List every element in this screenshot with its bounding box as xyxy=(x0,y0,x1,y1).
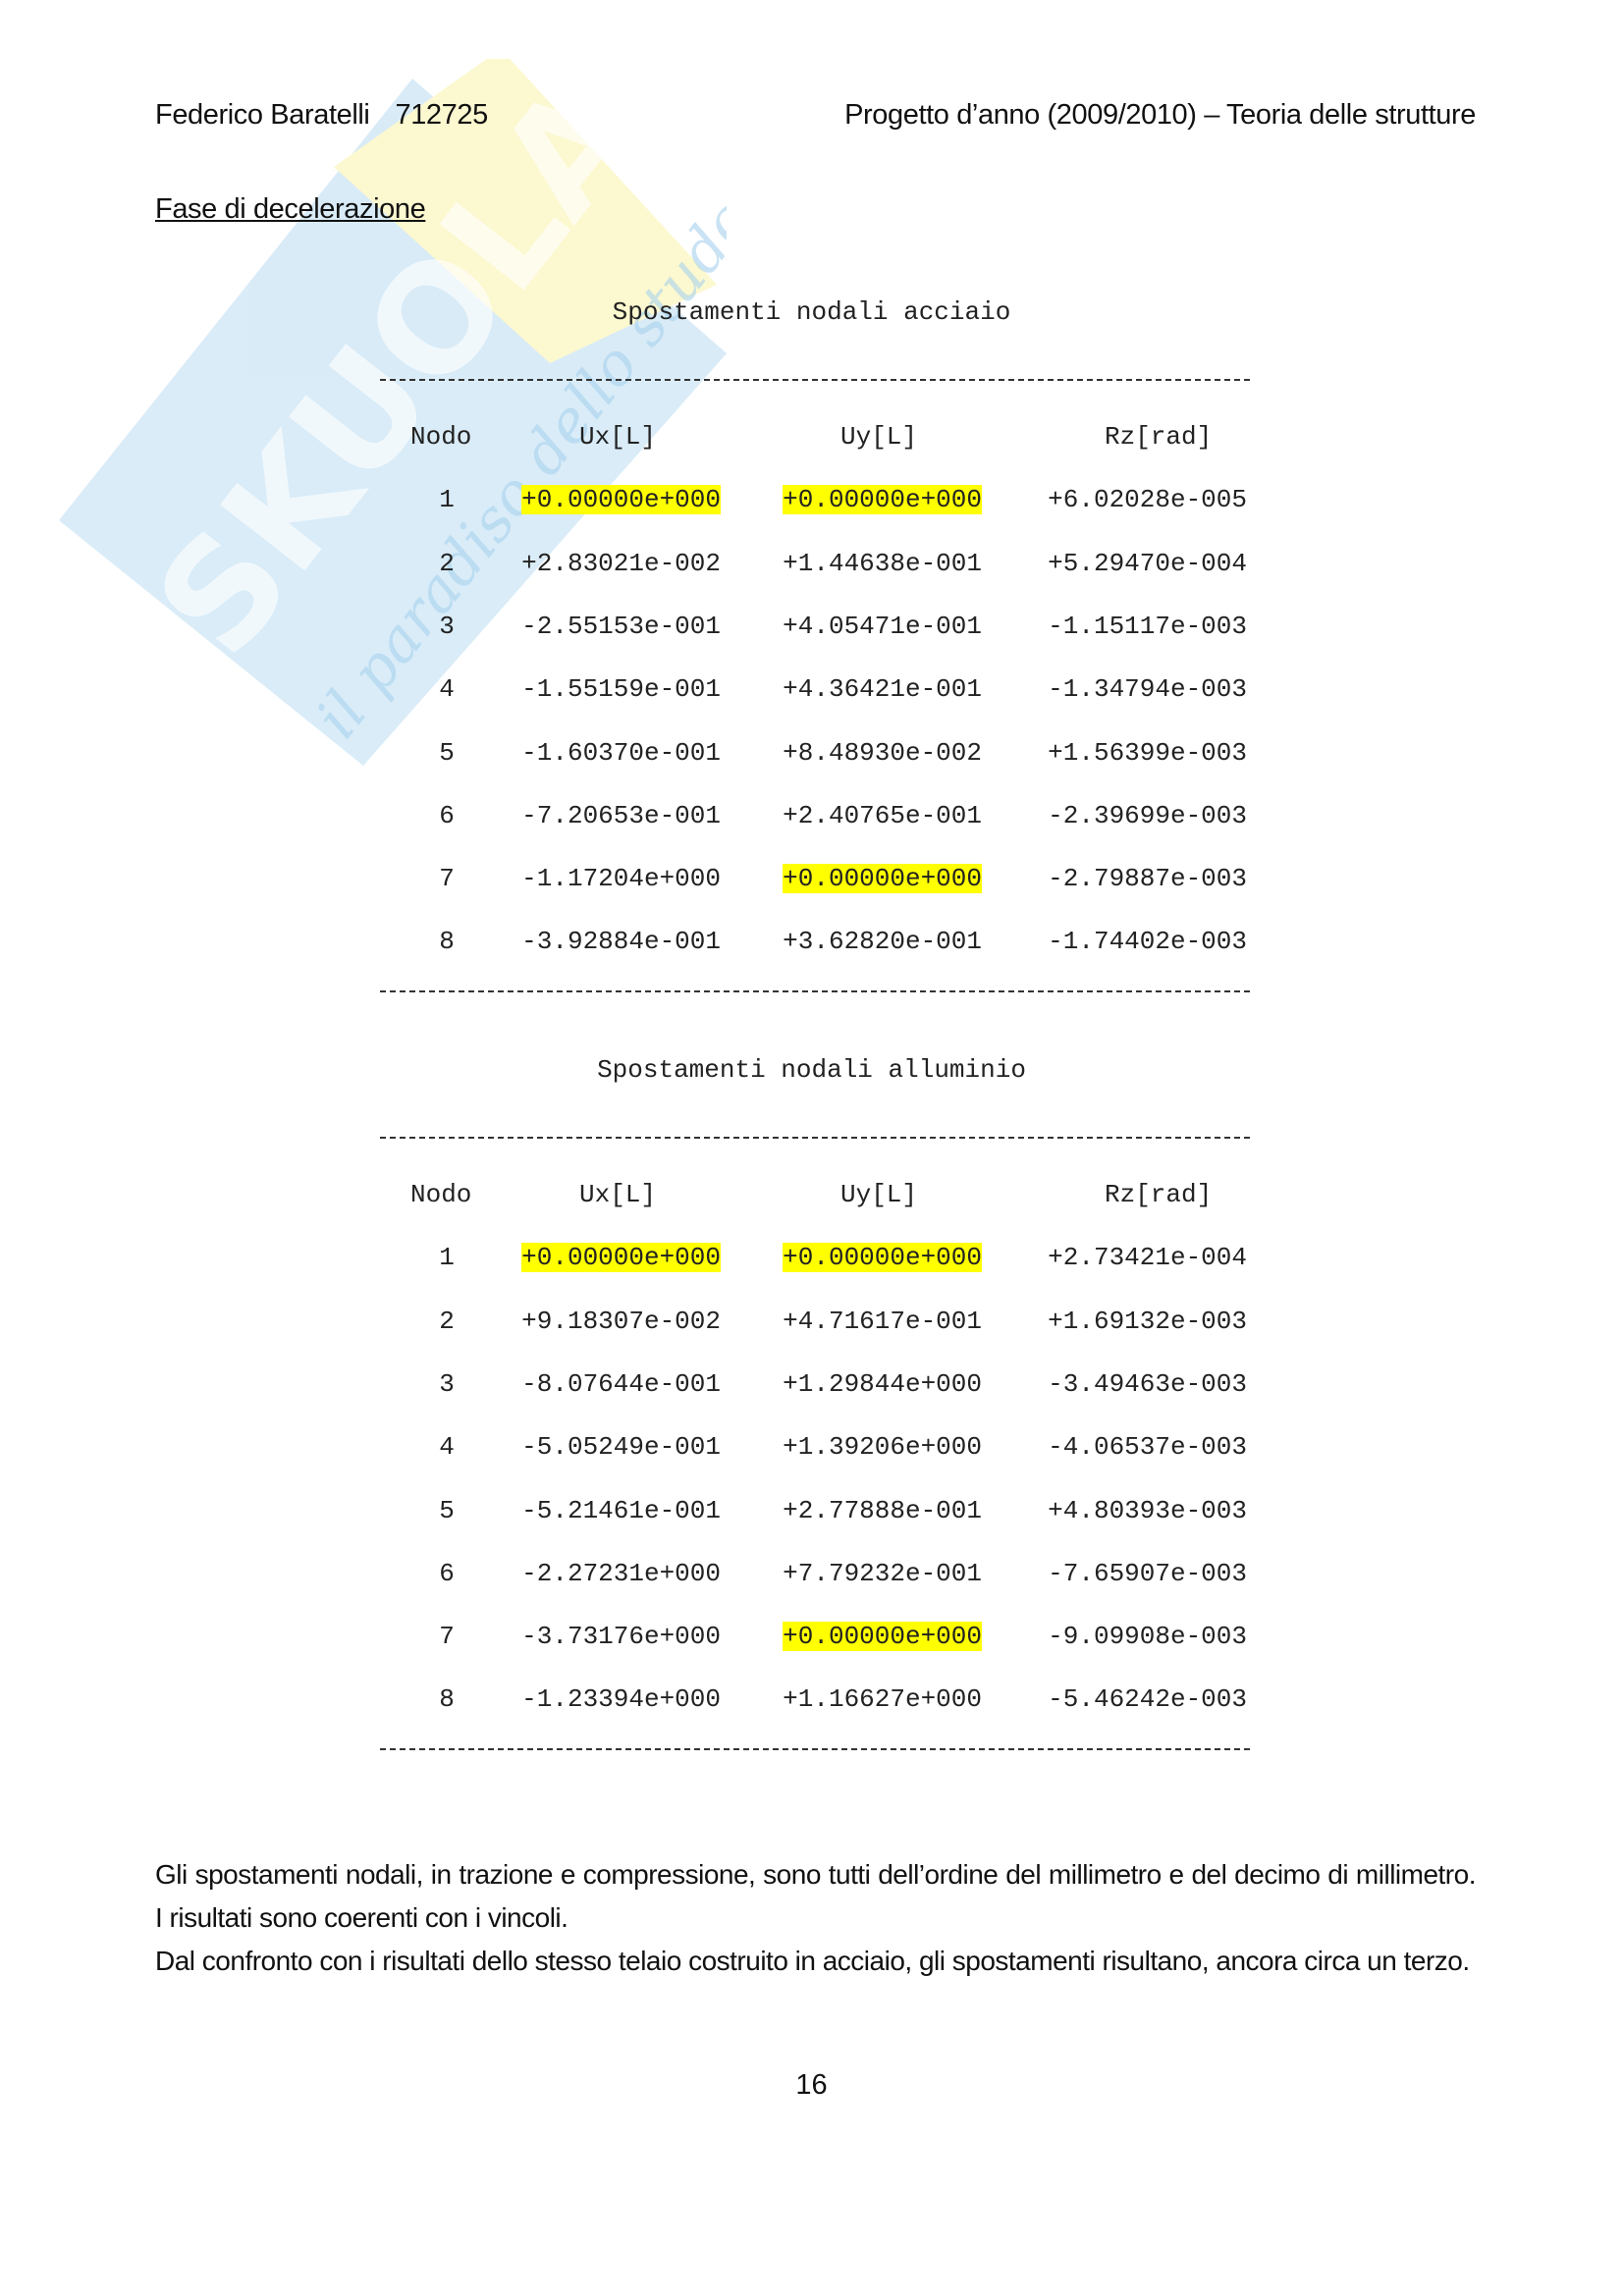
rz-value: -2.79887e-003 xyxy=(1048,864,1247,893)
table-row: 6-2.27231e+000+7.79232e-001-7.65907e-003 xyxy=(0,1559,1623,1592)
rz-value: +1.56399e-003 xyxy=(1048,738,1247,768)
uy-value: +0.00000e+000 xyxy=(783,1243,982,1272)
ux-value: -1.23394e+000 xyxy=(521,1684,721,1714)
dashed-separator xyxy=(380,379,1250,381)
node-cell: 7 xyxy=(412,864,481,893)
rz-cell: +2.73421e-004 xyxy=(1029,1243,1247,1272)
node-cell: 6 xyxy=(412,1559,481,1588)
ux-cell: +0.00000e+000 xyxy=(503,1243,721,1272)
node-number: 3 xyxy=(439,612,455,641)
ux-cell: -1.55159e-001 xyxy=(503,674,721,704)
ux-cell: +9.18307e-002 xyxy=(503,1307,721,1336)
table-row: 5-1.60370e-001+8.48930e-002+1.56399e-003 xyxy=(0,738,1623,772)
node-number: 2 xyxy=(439,1307,455,1336)
table-row: 4-5.05249e-001+1.39206e+000-4.06537e-003 xyxy=(0,1432,1623,1466)
header-author: Federico Baratelli712725 xyxy=(155,99,488,132)
table-row: 7-1.17204e+000+0.00000e+000-2.79887e-003 xyxy=(0,864,1623,897)
node-cell: 6 xyxy=(412,801,481,830)
rz-cell: -3.49463e-003 xyxy=(1029,1369,1247,1399)
node-cell: 3 xyxy=(412,612,481,641)
uy-value: +1.16627e+000 xyxy=(783,1684,982,1714)
table-row: 8-1.23394e+000+1.16627e+000-5.46242e-003 xyxy=(0,1684,1623,1718)
column-header: Rz[rad] xyxy=(1105,1180,1212,1209)
node-number: 4 xyxy=(439,674,455,704)
node-number: 1 xyxy=(439,485,455,514)
ux-value: -2.27231e+000 xyxy=(521,1559,721,1588)
ux-value: -1.55159e-001 xyxy=(521,674,721,704)
node-number: 5 xyxy=(439,738,455,768)
node-cell: 1 xyxy=(412,485,481,514)
ux-cell: -3.92884e-001 xyxy=(503,927,721,956)
rz-value: +1.69132e-003 xyxy=(1048,1307,1247,1336)
dashed-separator xyxy=(380,1137,1250,1139)
table-title: Spostamenti nodali alluminio xyxy=(0,1055,1623,1085)
node-number: 6 xyxy=(439,801,455,830)
table-row: 5-5.21461e-001+2.77888e-001+4.80393e-003 xyxy=(0,1496,1623,1529)
page-number: 16 xyxy=(0,2069,1623,2102)
ux-cell: +2.83021e-002 xyxy=(503,549,721,578)
node-cell: 2 xyxy=(412,549,481,578)
node-number: 8 xyxy=(439,1684,455,1714)
uy-value: +3.62820e-001 xyxy=(783,927,982,956)
node-cell: 2 xyxy=(412,1307,481,1336)
ux-value: -7.20653e-001 xyxy=(521,801,721,830)
rz-cell: -1.34794e-003 xyxy=(1029,674,1247,704)
uy-cell: +2.40765e-001 xyxy=(764,801,982,830)
column-header: Ux[L] xyxy=(579,1180,656,1209)
ux-value: -1.60370e-001 xyxy=(521,738,721,768)
ux-value: -5.21461e-001 xyxy=(521,1496,721,1525)
ux-value: -8.07644e-001 xyxy=(521,1369,721,1399)
node-cell: 8 xyxy=(412,1684,481,1714)
ux-cell: -8.07644e-001 xyxy=(503,1369,721,1399)
table-row: 1+0.00000e+000+0.00000e+000+6.02028e-005 xyxy=(0,485,1623,518)
table-row: 6-7.20653e-001+2.40765e-001-2.39699e-003 xyxy=(0,801,1623,834)
rz-value: -1.15117e-003 xyxy=(1048,612,1247,641)
uy-value: +4.71617e-001 xyxy=(783,1307,982,1336)
ux-cell: -5.21461e-001 xyxy=(503,1496,721,1525)
uy-value: +1.44638e-001 xyxy=(783,549,982,578)
uy-cell: +1.44638e-001 xyxy=(764,549,982,578)
uy-cell: +7.79232e-001 xyxy=(764,1559,982,1588)
ux-cell: -7.20653e-001 xyxy=(503,801,721,830)
rz-value: -1.74402e-003 xyxy=(1048,927,1247,956)
column-header: Uy[L] xyxy=(840,422,917,452)
rz-cell: -1.74402e-003 xyxy=(1029,927,1247,956)
table-row: 4-1.55159e-001+4.36421e-001-1.34794e-003 xyxy=(0,674,1623,708)
rz-cell: +6.02028e-005 xyxy=(1029,485,1247,514)
node-cell: 1 xyxy=(412,1243,481,1272)
ux-cell: -1.17204e+000 xyxy=(503,864,721,893)
ux-value: -2.55153e-001 xyxy=(521,612,721,641)
rz-value: +4.80393e-003 xyxy=(1048,1496,1247,1525)
table-row: 1+0.00000e+000+0.00000e+000+2.73421e-004 xyxy=(0,1243,1623,1276)
uy-cell: +4.71617e-001 xyxy=(764,1307,982,1336)
ux-cell: -1.23394e+000 xyxy=(503,1684,721,1714)
node-cell: 8 xyxy=(412,927,481,956)
ux-value: -5.05249e-001 xyxy=(521,1432,721,1462)
rz-value: +5.29470e-004 xyxy=(1048,549,1247,578)
rz-cell: +1.56399e-003 xyxy=(1029,738,1247,768)
uy-value: +7.79232e-001 xyxy=(783,1559,982,1588)
uy-cell: +0.00000e+000 xyxy=(764,485,982,514)
rz-value: -7.65907e-003 xyxy=(1048,1559,1247,1588)
column-header: Nodo xyxy=(410,1180,471,1209)
rz-cell: -2.79887e-003 xyxy=(1029,864,1247,893)
ux-cell: -3.73176e+000 xyxy=(503,1622,721,1651)
uy-cell: +0.00000e+000 xyxy=(764,864,982,893)
rz-value: +2.73421e-004 xyxy=(1048,1243,1247,1272)
rz-cell: -7.65907e-003 xyxy=(1029,1559,1247,1588)
column-header: Uy[L] xyxy=(840,1180,917,1209)
uy-value: +2.77888e-001 xyxy=(783,1496,982,1525)
rz-cell: -9.09908e-003 xyxy=(1029,1622,1247,1651)
table-row: 3-2.55153e-001+4.05471e-001-1.15117e-003 xyxy=(0,612,1623,645)
uy-value: +0.00000e+000 xyxy=(783,485,982,514)
paragraph-2: Dal confronto con i risultati dello stes… xyxy=(155,1940,1476,1983)
uy-cell: +8.48930e-002 xyxy=(764,738,982,768)
rz-cell: +4.80393e-003 xyxy=(1029,1496,1247,1525)
rz-cell: -4.06537e-003 xyxy=(1029,1432,1247,1462)
rz-cell: -2.39699e-003 xyxy=(1029,801,1247,830)
skuola-watermark-logo: SKUOLA.net il paradiso dello studente xyxy=(39,59,727,766)
table-title: Spostamenti nodali acciaio xyxy=(0,297,1623,327)
column-header: Ux[L] xyxy=(579,422,656,452)
node-number: 7 xyxy=(439,864,455,893)
table-row: 8-3.92884e-001+3.62820e-001-1.74402e-003 xyxy=(0,927,1623,960)
rz-value: +6.02028e-005 xyxy=(1048,485,1247,514)
body-text: Gli spostamenti nodali, in trazione e co… xyxy=(155,1853,1476,1983)
ux-value: +0.00000e+000 xyxy=(521,485,721,514)
student-id: 712725 xyxy=(395,99,487,131)
ux-cell: +0.00000e+000 xyxy=(503,485,721,514)
table-row: 7-3.73176e+000+0.00000e+000-9.09908e-003 xyxy=(0,1622,1623,1655)
rz-value: -1.34794e-003 xyxy=(1048,674,1247,704)
dashed-separator xyxy=(380,990,1250,992)
rz-value: -4.06537e-003 xyxy=(1048,1432,1247,1462)
uy-cell: +3.62820e-001 xyxy=(764,927,982,956)
dashed-separator xyxy=(380,1748,1250,1750)
node-cell: 7 xyxy=(412,1622,481,1651)
node-cell: 3 xyxy=(412,1369,481,1399)
uy-value: +8.48930e-002 xyxy=(783,738,982,768)
column-header: Nodo xyxy=(410,422,471,452)
header-course: Progetto d’anno (2009/2010) – Teoria del… xyxy=(844,99,1476,132)
column-header: Rz[rad] xyxy=(1105,422,1212,452)
uy-cell: +1.29844e+000 xyxy=(764,1369,982,1399)
node-cell: 5 xyxy=(412,1496,481,1525)
author-name: Federico Baratelli xyxy=(155,99,369,131)
rz-cell: -5.46242e-003 xyxy=(1029,1684,1247,1714)
ux-value: +0.00000e+000 xyxy=(521,1243,721,1272)
uy-value: +2.40765e-001 xyxy=(783,801,982,830)
table-row: 2+9.18307e-002+4.71617e-001+1.69132e-003 xyxy=(0,1307,1623,1340)
node-number: 7 xyxy=(439,1622,455,1651)
ux-value: +9.18307e-002 xyxy=(521,1307,721,1336)
rz-value: -9.09908e-003 xyxy=(1048,1622,1247,1651)
uy-cell: +1.16627e+000 xyxy=(764,1684,982,1714)
node-number: 5 xyxy=(439,1496,455,1525)
rz-value: -3.49463e-003 xyxy=(1048,1369,1247,1399)
rz-cell: +1.69132e-003 xyxy=(1029,1307,1247,1336)
rz-cell: -1.15117e-003 xyxy=(1029,612,1247,641)
uy-value: +0.00000e+000 xyxy=(783,1622,982,1651)
node-number: 1 xyxy=(439,1243,455,1272)
ux-value: +2.83021e-002 xyxy=(521,549,721,578)
uy-cell: +4.36421e-001 xyxy=(764,674,982,704)
ux-value: -3.92884e-001 xyxy=(521,927,721,956)
node-number: 3 xyxy=(439,1369,455,1399)
uy-value: +1.39206e+000 xyxy=(783,1432,982,1462)
ux-cell: -2.27231e+000 xyxy=(503,1559,721,1588)
ux-cell: -5.05249e-001 xyxy=(503,1432,721,1462)
rz-value: -5.46242e-003 xyxy=(1048,1684,1247,1714)
table-header-row: NodoUx[L]Uy[L]Rz[rad] xyxy=(0,1180,1623,1213)
rz-cell: +5.29470e-004 xyxy=(1029,549,1247,578)
uy-value: +4.36421e-001 xyxy=(783,674,982,704)
section-title: Fase di decelerazione xyxy=(155,193,425,226)
paragraph-1: Gli spostamenti nodali, in trazione e co… xyxy=(155,1853,1476,1940)
watermark-brand-text: SKUOLA.net xyxy=(125,59,727,687)
ux-cell: -1.60370e-001 xyxy=(503,738,721,768)
uy-value: +4.05471e-001 xyxy=(783,612,982,641)
ux-cell: -2.55153e-001 xyxy=(503,612,721,641)
uy-cell: +2.77888e-001 xyxy=(764,1496,982,1525)
node-number: 2 xyxy=(439,549,455,578)
table-row: 3-8.07644e-001+1.29844e+000-3.49463e-003 xyxy=(0,1369,1623,1403)
uy-value: +1.29844e+000 xyxy=(783,1369,982,1399)
uy-value: +0.00000e+000 xyxy=(783,864,982,893)
node-number: 8 xyxy=(439,927,455,956)
node-cell: 5 xyxy=(412,738,481,768)
uy-cell: +0.00000e+000 xyxy=(764,1243,982,1272)
node-cell: 4 xyxy=(412,674,481,704)
uy-cell: +4.05471e-001 xyxy=(764,612,982,641)
ux-value: -1.17204e+000 xyxy=(521,864,721,893)
rz-value: -2.39699e-003 xyxy=(1048,801,1247,830)
uy-cell: +0.00000e+000 xyxy=(764,1622,982,1651)
node-cell: 4 xyxy=(412,1432,481,1462)
table-header-row: NodoUx[L]Uy[L]Rz[rad] xyxy=(0,422,1623,455)
ux-value: -3.73176e+000 xyxy=(521,1622,721,1651)
uy-cell: +1.39206e+000 xyxy=(764,1432,982,1462)
table-row: 2+2.83021e-002+1.44638e-001+5.29470e-004 xyxy=(0,549,1623,582)
node-number: 4 xyxy=(439,1432,455,1462)
node-number: 6 xyxy=(439,1559,455,1588)
document-page: SKUOLA.net il paradiso dello studente Fe… xyxy=(0,0,1623,2296)
